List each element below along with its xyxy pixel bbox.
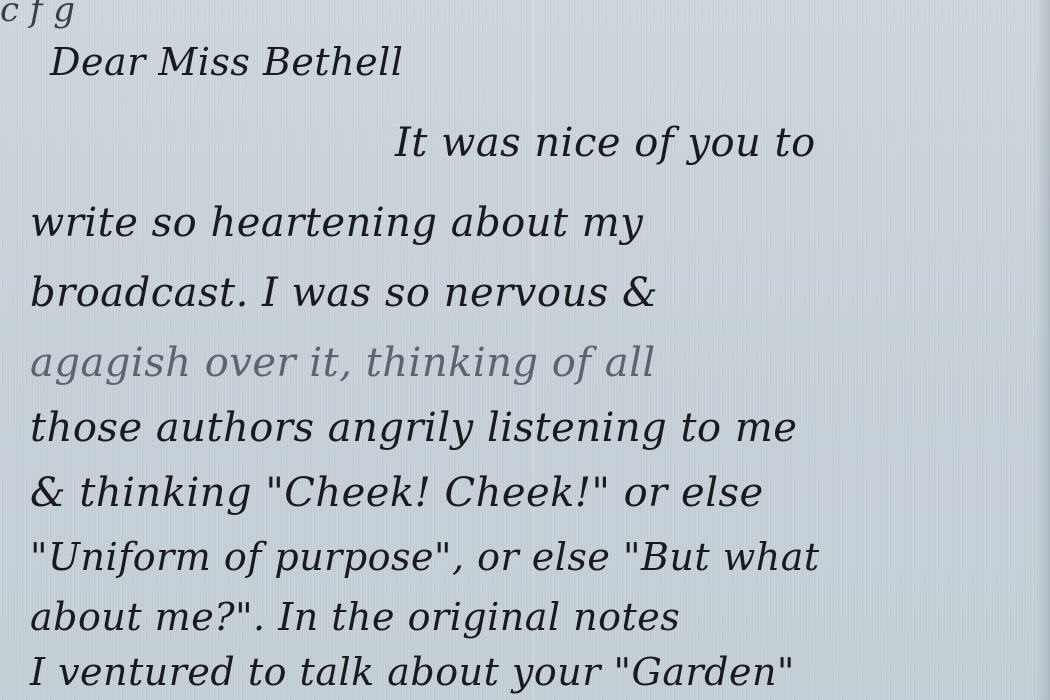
letter-line-8: about me?". In the original notes	[30, 595, 680, 639]
letter-line-9: I ventured to talk about your "Garden"	[30, 650, 795, 694]
salutation: Dear Miss Bethell	[50, 40, 403, 84]
letter-line-3: broadcast. I was so nervous &	[30, 270, 658, 316]
letter-line-1-text: It was nice of you to	[395, 120, 816, 166]
paper-edge	[1036, 0, 1050, 700]
letter-line-4: agagish over it, thinking of all	[30, 340, 656, 386]
letter-line-6: & thinking "Cheek! Cheek!" or else	[30, 470, 764, 516]
corner-scribble: c f g	[0, 0, 75, 30]
letter-line-7: "Uniform of purpose", or else "But what	[30, 535, 820, 579]
letter-line-5: those authors angrily listening to me	[30, 405, 797, 451]
letter-line-1: It was nice of you to	[395, 120, 816, 166]
letter-line-2: write so heartening about my	[30, 200, 643, 246]
